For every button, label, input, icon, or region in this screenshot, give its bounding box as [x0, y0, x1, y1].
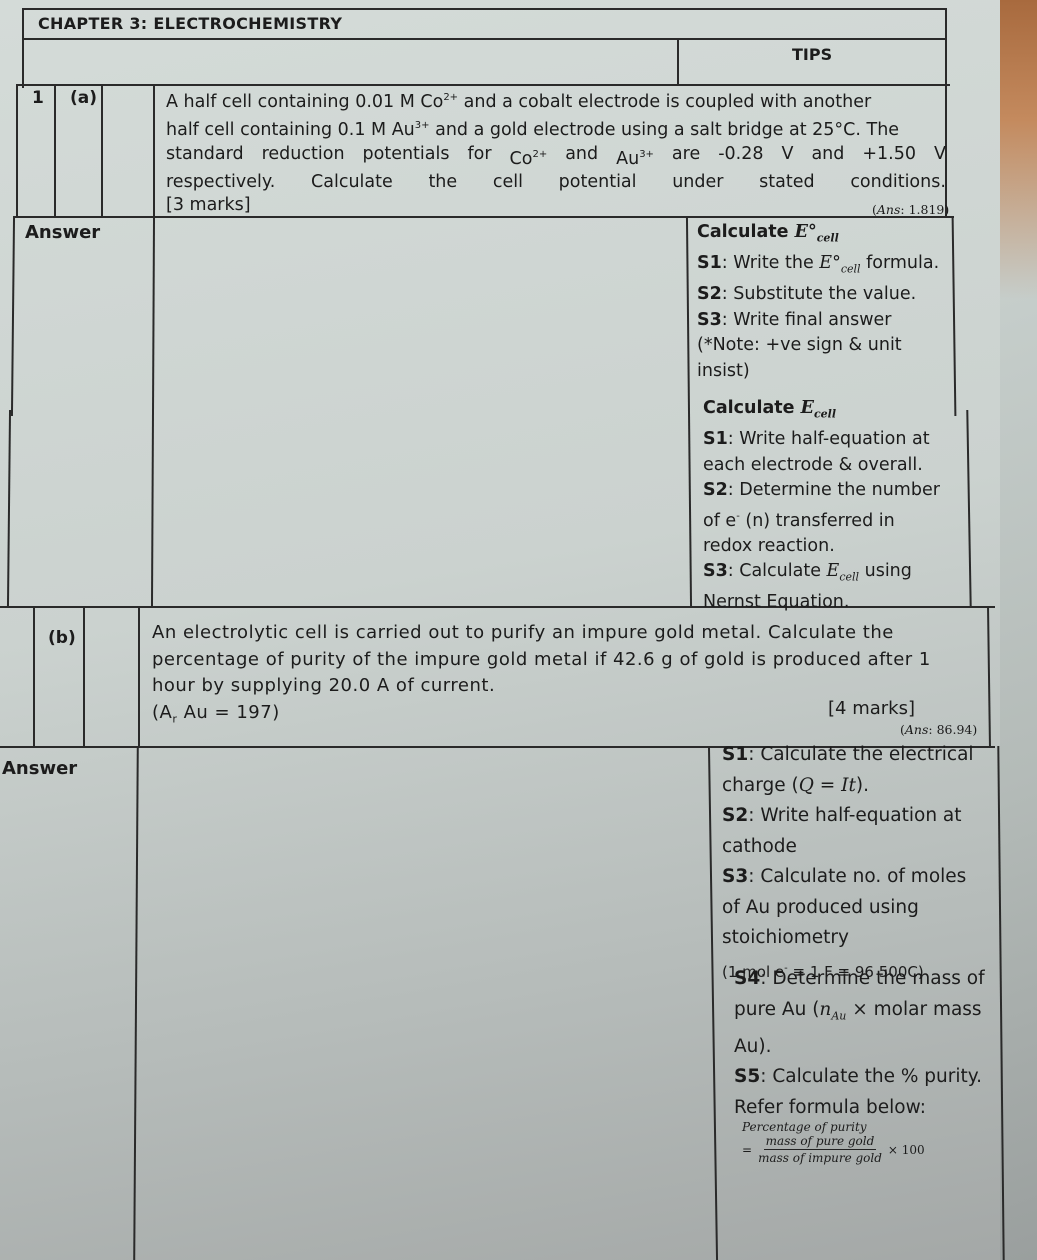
table-border-right: [997, 746, 1004, 1260]
column-divider: [153, 84, 155, 216]
table-border-right: [952, 216, 957, 416]
tip-step: S3: Calculate Ecell using: [703, 559, 940, 590]
question-line: hour by supplying 20.0 A of current.: [152, 673, 931, 700]
formula-fraction: mass of pure gold mass of impure gold: [758, 1134, 882, 1165]
question-line: An electrolytic cell is carried out to p…: [152, 620, 931, 647]
question-line: half cell containing 0.1 M Au3+ and a go…: [166, 114, 946, 142]
part-b-answer-space[interactable]: [140, 750, 708, 1260]
table-border-left: [16, 84, 18, 216]
part-b-tips: S1: Calculate the electrical charge (Q =…: [722, 740, 974, 987]
purity-formula: Percentage of purity = mass of pure gold…: [742, 1120, 925, 1165]
tip-step: S3: Write final answer: [697, 308, 939, 334]
tip-step: pure Au (nAu × molar mass: [734, 995, 985, 1032]
tip-step: of e- (n) transferred in: [703, 504, 940, 534]
tips-header: TIPS: [792, 45, 832, 64]
table-border-left: [7, 410, 11, 606]
tip-step: cathode: [722, 832, 974, 863]
tips-column-divider: [708, 746, 718, 1260]
table-border-right: [966, 410, 971, 608]
tip-step: S1: Calculate the electrical: [722, 740, 974, 771]
question-number: 1: [32, 88, 44, 108]
tip-step: Nernst Equation.: [703, 590, 940, 616]
part-a-question: A half cell containing 0.01 M Co2+ and a…: [166, 86, 946, 218]
tip-heading: Calculate E°cell: [697, 220, 939, 251]
part-b-marks: [4 marks]: [828, 698, 915, 719]
column-divider: [83, 606, 85, 746]
question-line: standard reduction potentials for Co2+ a…: [166, 143, 946, 171]
part-a-answer-value: (Ans: 1.819): [872, 202, 949, 217]
column-divider: [101, 84, 103, 216]
question-line: percentage of purity of the impure gold …: [152, 647, 931, 674]
part-b-tips-2: S4: Determine the mass of pure Au (nAu ×…: [734, 964, 985, 1123]
question-line: (Ar Au = 197): [152, 700, 931, 733]
part-b-answer-value: (Ans: 86.94): [900, 722, 977, 737]
formula-label: Percentage of purity: [742, 1120, 925, 1134]
chapter-title: CHAPTER 3: ELECTROCHEMISTRY: [38, 14, 342, 33]
tip-step: S1: Write the E°cell formula.: [697, 251, 939, 282]
table-border-top: [22, 8, 947, 10]
tip-step: S2: Substitute the value.: [697, 282, 939, 308]
tip-note: insist): [697, 359, 939, 385]
marks: [3 marks]: [166, 194, 946, 218]
column-divider: [138, 606, 140, 746]
tip-step: each electrode & overall.: [703, 453, 940, 479]
tips-column-divider: [686, 216, 692, 608]
tip-step: charge (Q = It).: [722, 771, 974, 802]
answer-column-divider: [133, 746, 139, 1260]
part-b-answer-label: Answer: [2, 758, 77, 779]
tip-step: S5: Calculate the % purity.: [734, 1062, 985, 1093]
question-line: A half cell containing 0.01 M Co2+ and a…: [166, 86, 946, 114]
table-border-left: [22, 8, 24, 88]
part-a-answer-label: Answer: [25, 222, 100, 243]
tip-step: Refer formula below:: [734, 1093, 985, 1124]
tips-column-divider: [677, 38, 679, 86]
tip-step: S4: Determine the mass of: [734, 964, 985, 995]
part-a-tips-2: Calculate Ecell S1: Write half-equation …: [703, 396, 940, 616]
table-border-left: [11, 216, 15, 416]
tip-step: stoichiometry: [722, 923, 974, 954]
tip-step: S2: Determine the number: [703, 478, 940, 504]
worksheet-page: CHAPTER 3: ELECTROCHEMISTRY TIPS 1 (a) A…: [0, 0, 1000, 1260]
desk-background: [997, 0, 1037, 300]
tip-note: (*Note: +ve sign & unit: [697, 333, 939, 359]
question-line: respectively. Calculate the cell potenti…: [166, 171, 946, 195]
column-divider: [33, 606, 35, 746]
column-divider: [54, 84, 56, 216]
part-a-tips: Calculate E°cell S1: Write the E°cell fo…: [697, 220, 939, 384]
tip-step: S2: Write half-equation at: [722, 801, 974, 832]
part-a-answer-space[interactable]: [155, 220, 685, 604]
tip-step: S1: Write half-equation at: [703, 427, 940, 453]
part-a-label: (a): [70, 88, 97, 108]
part-b-question: An electrolytic cell is carried out to p…: [152, 620, 931, 733]
tip-step: S3: Calculate no. of moles: [722, 862, 974, 893]
part-b-label: (b): [48, 628, 76, 648]
tip-step: of Au produced using: [722, 893, 974, 924]
table-border-right: [987, 606, 991, 748]
table-border: [22, 38, 947, 40]
tip-step: redox reaction.: [703, 534, 940, 560]
tip-heading: Calculate Ecell: [703, 396, 940, 427]
tip-step: Au).: [734, 1032, 985, 1063]
